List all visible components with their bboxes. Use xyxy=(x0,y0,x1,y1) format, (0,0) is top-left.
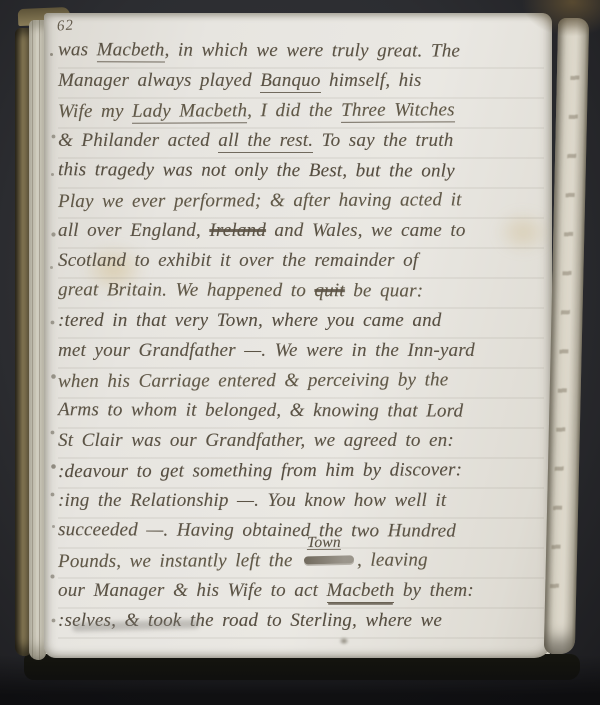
text-run: Manager always played xyxy=(58,70,260,91)
struck-out-word: Ireland xyxy=(209,220,266,241)
manuscript-line: when his Carriage entered & perceiving b… xyxy=(58,369,544,401)
text-run: Arms to whom it belonged, & knowing that… xyxy=(58,399,463,421)
text-run: , leaving xyxy=(357,549,428,570)
manuscript-line: Pounds, we instantly left the Town, leav… xyxy=(58,549,544,581)
text-run: our Manager & his Wife to act xyxy=(58,580,327,601)
photo-backdrop: 62 was Macbeth, in which we were truly g… xyxy=(0,0,600,705)
text-run: , in which we were truly great. The xyxy=(164,40,460,62)
text-run: was xyxy=(58,39,97,60)
manuscript-line: & Philander acted all the rest. To say t… xyxy=(58,130,544,160)
text-run: when his Carriage entered & perceiving b… xyxy=(58,369,448,392)
manuscript-line: Wife my Lady Macbeth, I did the Three Wi… xyxy=(58,99,544,131)
text-run: all over England, xyxy=(58,220,209,241)
text-run: & Philander acted xyxy=(58,130,218,151)
underlined-phrase: all the rest. xyxy=(218,130,313,153)
manuscript-line: St Clair was our Grandfather, we agreed … xyxy=(58,430,544,460)
manuscript-line: Play we ever performed; & after having a… xyxy=(58,189,544,221)
text-run: Scotland to exhibit it over the remainde… xyxy=(58,250,418,271)
adjacent-page-faint-text xyxy=(549,52,581,618)
manuscript-line: Manager always played Banquo himself, hi… xyxy=(58,70,544,100)
text-run: himself, his xyxy=(321,70,422,91)
manuscript-line: met your Grandfather —. We were in the I… xyxy=(58,340,544,370)
margin-ink-specks xyxy=(50,13,53,16)
text-run: To say the truth xyxy=(313,130,453,151)
text-run: St Clair was our Grandfather, we agreed … xyxy=(58,430,454,451)
struck-out-word: quit xyxy=(314,280,344,301)
page-number: 62 xyxy=(56,17,74,35)
text-run: :tered in that very Town, where you came… xyxy=(58,310,442,331)
underlined-word: Three Witches xyxy=(341,99,455,122)
manuscript-line: this tragedy was not only the Best, but … xyxy=(58,159,544,191)
text-run: met your Grandfather —. We were in the I… xyxy=(58,340,475,361)
manuscript-line: succeeded —. Having obtained the two Hun… xyxy=(58,519,544,551)
handwritten-text-block: was Macbeth, in which we were truly grea… xyxy=(58,40,544,640)
manuscript-line: great Britain. We happened to quit be qu… xyxy=(58,279,544,311)
text-run: succeeded —. Having obtained the two Hun… xyxy=(58,519,456,541)
manuscript-line: Arms to whom it belonged, & knowing that… xyxy=(58,399,544,431)
correction-inserted-town: Town xyxy=(301,550,357,572)
text-run: , I did the xyxy=(247,100,341,121)
manuscript-line: :tered in that very Town, where you came… xyxy=(58,310,544,340)
text-run: Pounds, we instantly left the xyxy=(58,550,301,572)
text-run: and Wales, we came to xyxy=(266,220,466,241)
inserted-word: Town xyxy=(307,536,341,550)
text-run: by them: xyxy=(394,580,474,601)
underlined-word: Macbeth xyxy=(97,39,165,62)
text-run: Play we ever performed; & after having a… xyxy=(58,189,462,212)
manuscript-line: :deavour to get something from him by di… xyxy=(58,459,544,491)
underlined-word: Lady Macbeth xyxy=(132,100,247,123)
text-run: great Britain. We happened to xyxy=(58,279,314,301)
text-run: :ing the Relationship —. You know how we… xyxy=(58,490,446,511)
manuscript-line: Scotland to exhibit it over the remainde… xyxy=(58,250,544,280)
text-run: :deavour to get something from him by di… xyxy=(58,459,462,482)
double-underlined-word: Macbeth xyxy=(327,580,395,603)
manuscript-page: 62 was Macbeth, in which we were truly g… xyxy=(44,13,552,658)
deleted-word-scribble xyxy=(304,555,354,564)
book-cover-edge xyxy=(24,654,580,680)
text-run: Wife my xyxy=(58,101,132,122)
manuscript-line: :ing the Relationship —. You know how we… xyxy=(58,490,544,520)
manuscript-line: all over England, Ireland and Wales, we … xyxy=(58,220,544,250)
underlined-word: Banquo xyxy=(260,70,320,93)
manuscript-line: our Manager & his Wife to act Macbeth by… xyxy=(58,580,544,610)
text-run: this tragedy was not only the Best, but … xyxy=(58,159,455,181)
text-run: be quar: xyxy=(345,280,424,301)
top-right-cover-smudge xyxy=(520,0,600,38)
manuscript-line: was Macbeth, in which we were truly grea… xyxy=(58,39,544,71)
